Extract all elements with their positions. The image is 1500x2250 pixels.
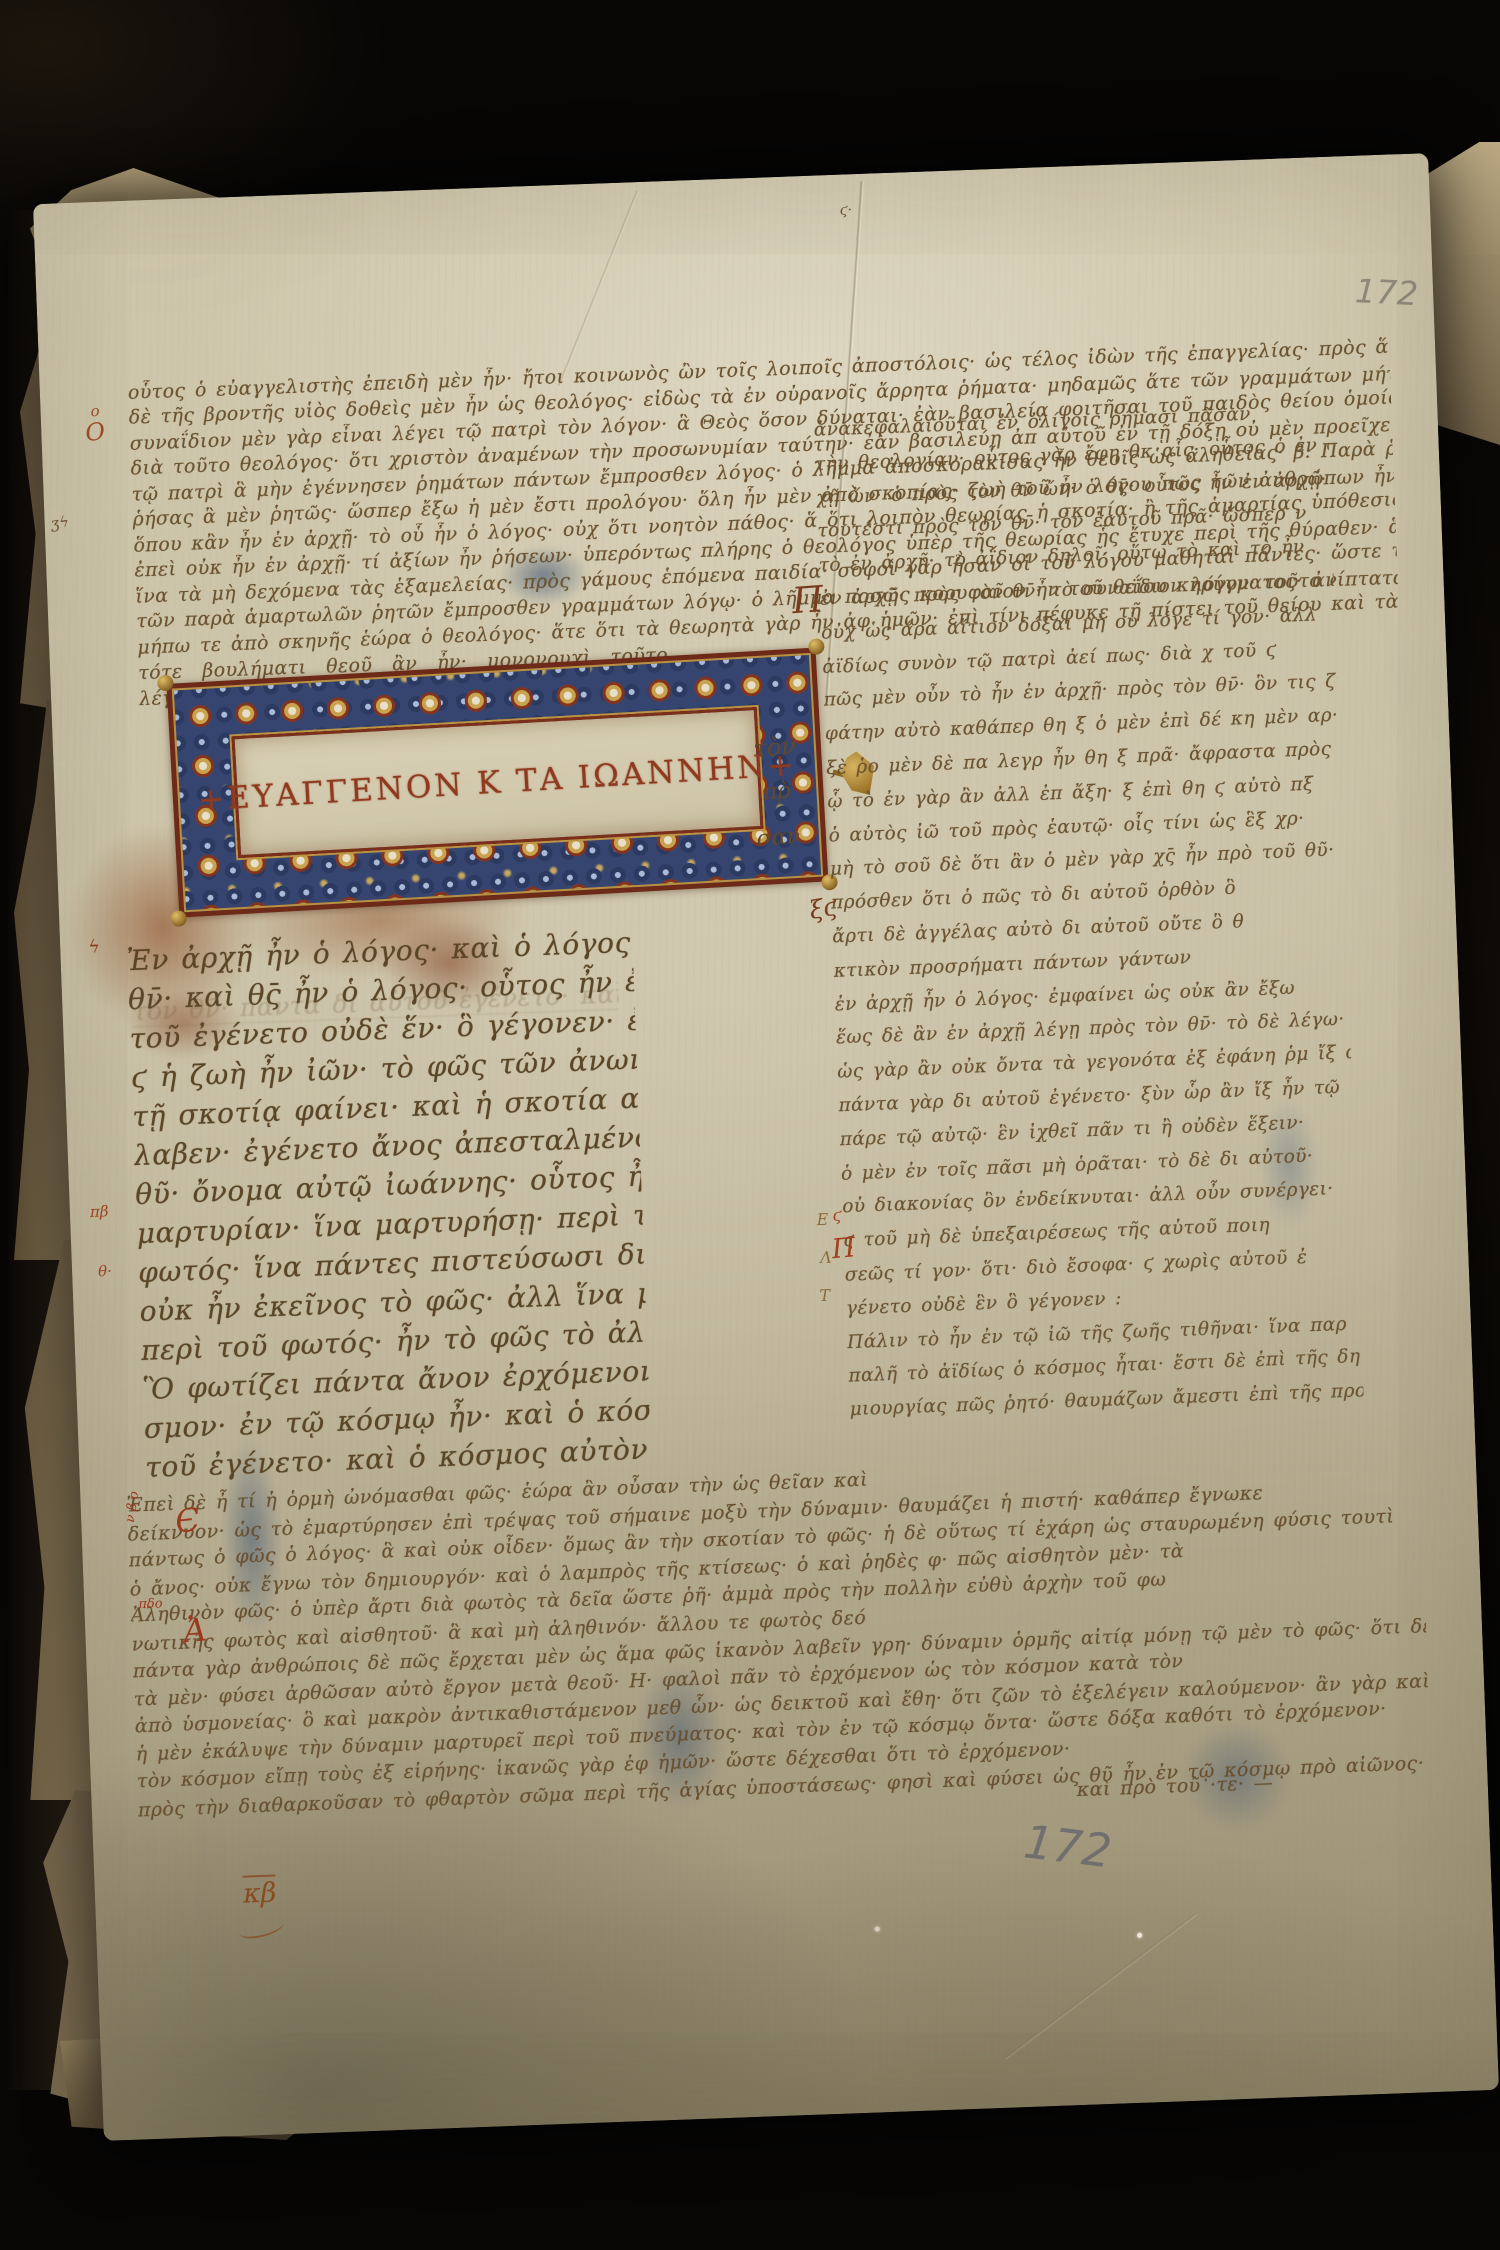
margin-mark: θ·	[98, 1262, 112, 1280]
illuminated-headpiece: +ΕΥΑΓΓΕΝΟΝ Κ ΤΑ ΙΩΑΝΝΗΝ+	[166, 648, 828, 918]
margin-mark: ʒϟ	[49, 512, 70, 532]
margin-mark: πρ̀	[762, 778, 791, 805]
margin-mark: Π	[830, 1232, 856, 1265]
gospel-title: +ΕΥΑΓΓΕΝΟΝ Κ ΤΑ ΙΩΑΝΝΗΝ+	[197, 747, 797, 818]
margin-mark: Ε	[816, 1210, 828, 1229]
margin-mark: Ο	[84, 417, 107, 447]
margin-mark: Π	[791, 579, 825, 622]
margin-mark: πβ	[90, 1202, 109, 1221]
margin-mark: ϛ	[832, 1205, 842, 1224]
margin-mark: Є	[173, 1500, 201, 1540]
margin-mark: Τ	[819, 1286, 830, 1305]
margin-mark: τὸν	[752, 732, 796, 763]
margin-mark: Λ	[820, 1248, 832, 1267]
margin-mark: πδο	[138, 1596, 163, 1612]
margin-mark: ϟ	[88, 936, 101, 957]
bottom-commentary-block: Ἐπεὶ δὲ ἦ τί ἡ ὁρμὴ ὠνόμασθαι φῶς· ἑώρα …	[126, 1446, 1431, 1824]
margin-mark: ξϛ	[807, 892, 839, 925]
right-commentary-column: ἀνακεφαλαιοῦται ἐν ὀλίγοις ῥήμασι πᾶσαντ…	[813, 395, 1364, 1427]
manuscript-page: οὗτος ὁ εὐαγγελιστὴς ἐπειδὴ μὲν ἦν· ἤτοι…	[33, 153, 1499, 2141]
manuscript-photo: οὗτος ὁ εὐαγγελιστὴς ἐπειδὴ μὲν ἦν· ἤτοι…	[0, 0, 1500, 2250]
margin-mark: σαν	[756, 824, 801, 852]
margin-mark: Ἀ	[182, 1610, 208, 1650]
folio-number-pencil: 172	[1021, 1814, 1115, 1878]
quire-signature: κβ	[242, 1874, 277, 1909]
folio-number-pencil-faint: 172	[1354, 271, 1419, 313]
margin-mark: ϛ·	[839, 202, 852, 218]
